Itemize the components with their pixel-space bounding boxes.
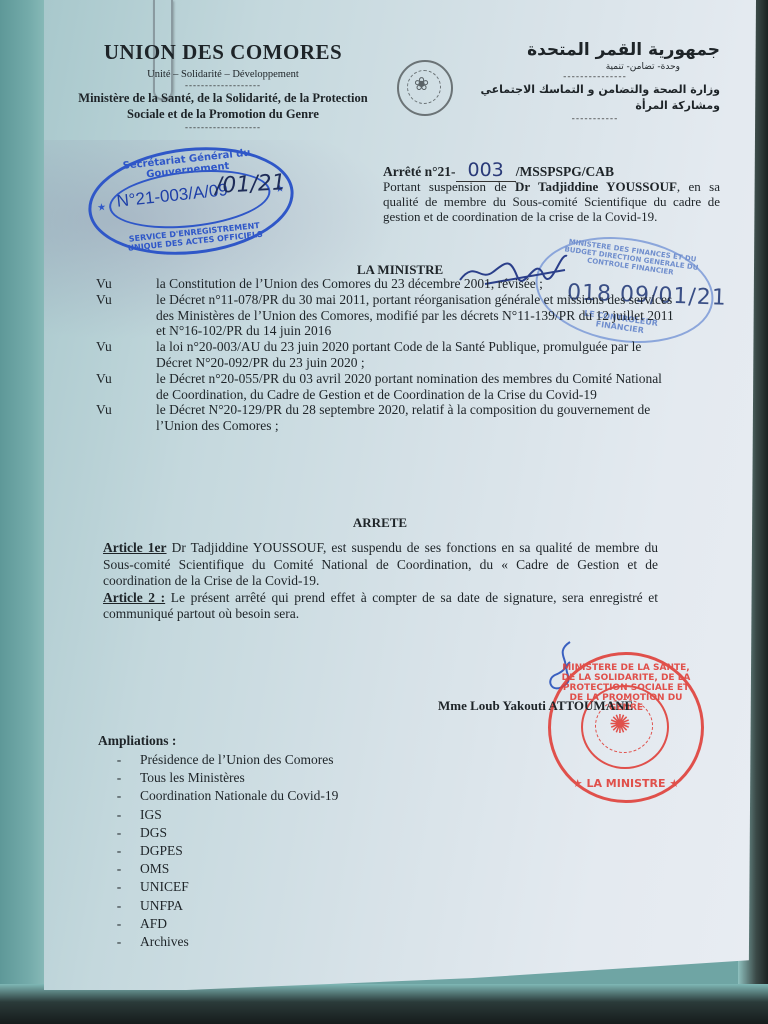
vu-item: Vula Constitution de l’Union des Comores… (96, 276, 676, 292)
separator: ------------------- (78, 80, 368, 90)
vu-text: la loi n°20-003/AU du 23 juin 2020 porta… (156, 339, 676, 371)
recipient: Archives (140, 933, 189, 951)
vu-item: Vule Décret n°11-078/PR du 30 mai 2011, … (96, 292, 676, 339)
emblem-icon: ✺ (609, 710, 631, 740)
list-item: -Tous les Ministères (98, 769, 338, 787)
arrete-header: Arrêté n°21-003/MSSPSPG/CAB Portant susp… (383, 163, 720, 224)
list-item: -OMS (98, 860, 338, 878)
signer-name: Mme Loub Yakouti ATTOUMANE (438, 698, 633, 714)
country-name: UNION DES COMORES (78, 40, 368, 65)
ampliations: Ampliations : -Présidence de l’Union des… (98, 733, 338, 951)
vu-text: le Décret N°20-129/PR du 28 septembre 20… (156, 402, 676, 434)
separator: ------------------- (78, 122, 368, 132)
article-label: Article 2 : (103, 590, 165, 605)
arrete-prefix: Arrêté n°21- (383, 164, 456, 179)
vu-label: Vu (96, 276, 156, 292)
recipient: Présidence de l’Union des Comores (140, 751, 333, 769)
article-label: Article 1er (103, 540, 167, 555)
dash: - (98, 878, 140, 896)
recipient: IGS (140, 806, 162, 824)
list-item: -UNFPA (98, 897, 338, 915)
dash: - (98, 787, 140, 805)
arrete-subject: Portant suspension de Dr Tadjiddine YOUS… (383, 179, 720, 224)
star-icon: ★ (97, 202, 107, 214)
header-french: UNION DES COMORES Unité – Solidarité – D… (78, 40, 368, 132)
vu-text: le Décret n°11-078/PR du 30 mai 2011, po… (156, 292, 676, 339)
list-item: -DGPES (98, 842, 338, 860)
dash: - (98, 806, 140, 824)
recipient: UNICEF (140, 878, 189, 896)
separator: ----------- (470, 114, 720, 124)
dash: - (98, 915, 140, 933)
article-text: Le présent arrêté qui prend effet à comp… (103, 590, 658, 622)
ministry-name-arabic: وزارة الصحة والتضامن و التماسك الاجتماعي… (470, 82, 720, 114)
subject-text: Portant suspension de (383, 179, 515, 194)
dash: - (98, 897, 140, 915)
vu-item: Vule Décret N°20-129/PR du 28 septembre … (96, 402, 676, 434)
arrete-suffix: /MSSPSPG/CAB (516, 164, 614, 179)
vu-list: Vula Constitution de l’Union des Comores… (96, 276, 676, 434)
list-item: -UNICEF (98, 878, 338, 896)
subject-person: Dr Tadjiddine YOUSSOUF (515, 179, 677, 194)
recipient: Tous les Ministères (140, 769, 245, 787)
dash: - (98, 769, 140, 787)
vu-text: la Constitution de l’Union des Comores d… (156, 276, 676, 292)
list-item: -Présidence de l’Union des Comores (98, 751, 338, 769)
list-item: -Archives (98, 933, 338, 951)
country-motto: Unité – Solidarité – Développement (78, 69, 368, 80)
article-1: Article 1er Dr Tadjiddine YOUSSOUF, est … (103, 540, 658, 590)
dash: - (98, 842, 140, 860)
article-2: Article 2 : Le présent arrêté qui prend … (103, 590, 658, 623)
vu-text: le Décret n°20-055/PR du 03 avril 2020 p… (156, 371, 676, 403)
list-item: -Coordination Nationale du Covid-19 (98, 787, 338, 805)
vu-item: Vula loi n°20-003/AU du 23 juin 2020 por… (96, 339, 676, 371)
vu-label: Vu (96, 292, 156, 339)
recipient: DGS (140, 824, 167, 842)
vu-label: Vu (96, 371, 156, 403)
articles: Article 1er Dr Tadjiddine YOUSSOUF, est … (103, 540, 658, 623)
national-emblem-icon: ❀ (414, 74, 429, 95)
list-item: -IGS (98, 806, 338, 824)
country-motto-arabic: وحدة- تضامن- تنمية (470, 62, 720, 72)
header-arabic: جمهورية القمر المتحدة وحدة- تضامن- تنمية… (470, 40, 720, 124)
folder-left-edge (0, 0, 48, 1024)
article-text: Dr Tadjiddine YOUSSOUF, est suspendu de … (103, 540, 658, 588)
dash: - (98, 824, 140, 842)
vu-item: Vule Décret n°20-055/PR du 03 avril 2020… (96, 371, 676, 403)
ampliations-list: -Présidence de l’Union des Comores -Tous… (98, 751, 338, 951)
recipient: Coordination Nationale du Covid-19 (140, 787, 338, 805)
ampliations-title: Ampliations : (98, 733, 338, 749)
national-seal: ❀ (397, 60, 453, 116)
arrete-title: ARRETE (330, 515, 430, 531)
country-name-arabic: جمهورية القمر المتحدة (470, 40, 720, 60)
arrete-number: Arrêté n°21-003/MSSPSPG/CAB (383, 163, 720, 179)
ministry-stamp: MINISTERE DE LA SANTE, DE LA SOLIDARITE,… (548, 652, 704, 803)
stamp-bottom-text: ★ LA MINISTRE ★ (571, 777, 681, 790)
background-surface (0, 984, 768, 1024)
handwritten-date: /01/21 (214, 170, 286, 199)
dash: - (98, 933, 140, 951)
recipient: AFD (140, 915, 167, 933)
ministry-name: Ministère de la Santé, de la Solidarité,… (78, 90, 368, 122)
dash: - (98, 860, 140, 878)
recipient: DGPES (140, 842, 183, 860)
list-item: -DGS (98, 824, 338, 842)
list-item: -AFD (98, 915, 338, 933)
dash: - (98, 751, 140, 769)
separator: --------------- (470, 72, 720, 82)
vu-label: Vu (96, 402, 156, 434)
recipient: OMS (140, 860, 169, 878)
vu-label: Vu (96, 339, 156, 371)
recipient: UNFPA (140, 897, 183, 915)
